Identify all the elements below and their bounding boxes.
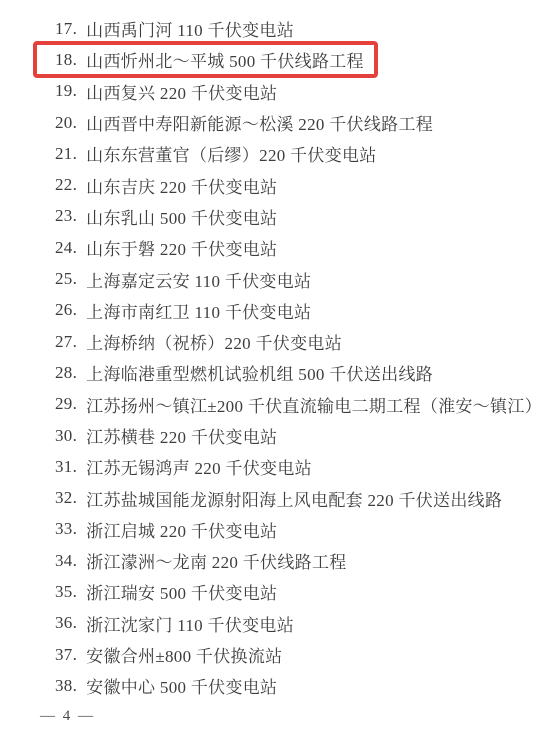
item-number: 26. bbox=[55, 300, 77, 320]
list-item-content: 34. 浙江濛洲～龙南 220 千伏线路工程 bbox=[55, 548, 347, 573]
list-item-content: 23. 山东乳山 500 千伏变电站 bbox=[55, 204, 277, 229]
item-text: 上海嘉定云安 110 千伏变电站 bbox=[86, 267, 311, 292]
list-item: 38. 安徽中心 500 千伏变电站 bbox=[55, 670, 550, 701]
item-text: 上海市南红卫 110 千伏变电站 bbox=[86, 298, 311, 323]
list-item-content: 32. 江苏盐城国能龙源射阳海上风电配套 220 千伏送出线路 bbox=[55, 486, 502, 511]
item-number: 27. bbox=[55, 332, 77, 352]
list-item: 21. 山东东营董官（后缪）220 千伏变电站 bbox=[55, 138, 550, 169]
item-text: 山东吉庆 220 千伏变电站 bbox=[86, 173, 277, 198]
item-text: 山西晋中寿阳新能源～松溪 220 千伏线路工程 bbox=[86, 110, 433, 135]
list-item: 29. 江苏扬州～镇江±200 千伏直流输电二期工程（淮安～镇江） bbox=[55, 389, 550, 420]
list-item: 33. 浙江启城 220 千伏变电站 bbox=[55, 514, 550, 545]
item-text: 浙江濛洲～龙南 220 千伏线路工程 bbox=[86, 548, 346, 573]
item-text: 安徽合州±800 千伏换流站 bbox=[86, 642, 282, 667]
list-item: 24. 山东于磐 220 千伏变电站 bbox=[55, 232, 550, 263]
item-number: 28. bbox=[55, 363, 77, 383]
list-item-content: 22. 山东吉庆 220 千伏变电站 bbox=[55, 173, 277, 198]
list-item: 34. 浙江濛洲～龙南 220 千伏线路工程 bbox=[55, 545, 550, 576]
list-item-content: 37. 安徽合州±800 千伏换流站 bbox=[55, 642, 282, 667]
list-item: 31. 江苏无锡鸿声 220 千伏变电站 bbox=[55, 451, 550, 482]
item-text: 江苏扬州～镇江±200 千伏直流输电二期工程（淮安～镇江） bbox=[86, 392, 542, 417]
list-item-highlighted: 18. 山西忻州北～平城 500 千伏线路工程 bbox=[55, 44, 550, 75]
item-number: 38. bbox=[55, 676, 77, 696]
item-text: 上海临港重型燃机试验机组 500 千伏送出线路 bbox=[86, 360, 433, 385]
item-number: 35. bbox=[55, 582, 77, 602]
page-number-footer: — 4 — bbox=[40, 708, 95, 725]
list-item: 25. 上海嘉定云安 110 千伏变电站 bbox=[55, 263, 550, 294]
list-item: 28. 上海临港重型燃机试验机组 500 千伏送出线路 bbox=[55, 357, 550, 388]
item-number: 37. bbox=[55, 645, 77, 665]
list-item-content: 30. 江苏横巷 220 千伏变电站 bbox=[55, 423, 277, 448]
item-number: 21. bbox=[55, 144, 77, 164]
item-text: 江苏横巷 220 千伏变电站 bbox=[86, 423, 277, 448]
list-item-content: 26. 上海市南红卫 110 千伏变电站 bbox=[55, 298, 311, 323]
list-item-content: 33. 浙江启城 220 千伏变电站 bbox=[55, 517, 277, 542]
list-item: 20. 山西晋中寿阳新能源～松溪 220 千伏线路工程 bbox=[55, 107, 550, 138]
item-number: 32. bbox=[55, 488, 77, 508]
list-item-content: 38. 安徽中心 500 千伏变电站 bbox=[55, 673, 277, 698]
list-item: 17. 山西禹门河 110 千伏变电站 bbox=[55, 13, 550, 44]
item-number: 18. bbox=[55, 50, 77, 70]
list-item-content: 17. 山西禹门河 110 千伏变电站 bbox=[55, 16, 294, 41]
red-highlight-box: 18. 山西忻州北～平城 500 千伏线路工程 bbox=[33, 41, 378, 78]
item-number: 31. bbox=[55, 457, 77, 477]
item-text: 浙江沈家门 110 千伏变电站 bbox=[86, 611, 294, 636]
list-item: 36. 浙江沈家门 110 千伏变电站 bbox=[55, 608, 550, 639]
item-number: 33. bbox=[55, 519, 77, 539]
item-number: 17. bbox=[55, 19, 77, 39]
list-item: 19. 山西复兴 220 千伏变电站 bbox=[55, 76, 550, 107]
list-item: 23. 山东乳山 500 千伏变电站 bbox=[55, 201, 550, 232]
item-number: 22. bbox=[55, 175, 77, 195]
item-text: 山西禹门河 110 千伏变电站 bbox=[86, 16, 294, 41]
list-item-content: 29. 江苏扬州～镇江±200 千伏直流输电二期工程（淮安～镇江） bbox=[55, 392, 542, 417]
item-text: 上海桥纳（祝桥）220 千伏变电站 bbox=[86, 329, 342, 354]
item-text: 浙江启城 220 千伏变电站 bbox=[86, 517, 277, 542]
list-item-content: 21. 山东东营董官（后缪）220 千伏变电站 bbox=[55, 141, 377, 166]
list-item-content: 19. 山西复兴 220 千伏变电站 bbox=[55, 79, 277, 104]
item-text: 江苏盐城国能龙源射阳海上风电配套 220 千伏送出线路 bbox=[86, 486, 502, 511]
item-text: 山东东营董官（后缪）220 千伏变电站 bbox=[86, 141, 376, 166]
item-text: 山东乳山 500 千伏变电站 bbox=[86, 204, 277, 229]
list-item: 32. 江苏盐城国能龙源射阳海上风电配套 220 千伏送出线路 bbox=[55, 482, 550, 513]
item-number: 23. bbox=[55, 206, 77, 226]
list-item: 26. 上海市南红卫 110 千伏变电站 bbox=[55, 295, 550, 326]
list-item: 27. 上海桥纳（祝桥）220 千伏变电站 bbox=[55, 326, 550, 357]
item-text: 浙江瑞安 500 千伏变电站 bbox=[86, 579, 277, 604]
list-item-content: 31. 江苏无锡鸿声 220 千伏变电站 bbox=[55, 454, 312, 479]
item-text: 山西复兴 220 千伏变电站 bbox=[86, 79, 277, 104]
item-number: 34. bbox=[55, 551, 77, 571]
list-item: 35. 浙江瑞安 500 千伏变电站 bbox=[55, 576, 550, 607]
list-item: 30. 江苏横巷 220 千伏变电站 bbox=[55, 420, 550, 451]
item-text: 安徽中心 500 千伏变电站 bbox=[86, 673, 277, 698]
item-number: 25. bbox=[55, 269, 77, 289]
list-item-content: 35. 浙江瑞安 500 千伏变电站 bbox=[55, 579, 277, 604]
project-list: 17. 山西禹门河 110 千伏变电站 18. 山西忻州北～平城 500 千伏线… bbox=[55, 13, 550, 702]
item-number: 29. bbox=[55, 394, 77, 414]
list-item-content: 24. 山东于磐 220 千伏变电站 bbox=[55, 235, 277, 260]
item-number: 30. bbox=[55, 426, 77, 446]
item-number: 19. bbox=[55, 81, 77, 101]
item-number: 24. bbox=[55, 238, 77, 258]
list-item: 37. 安徽合州±800 千伏换流站 bbox=[55, 639, 550, 670]
item-text: 江苏无锡鸿声 220 千伏变电站 bbox=[86, 454, 312, 479]
list-item-content: 28. 上海临港重型燃机试验机组 500 千伏送出线路 bbox=[55, 360, 433, 385]
item-number: 20. bbox=[55, 113, 77, 133]
list-item-content: 27. 上海桥纳（祝桥）220 千伏变电站 bbox=[55, 329, 342, 354]
item-text: 山西忻州北～平城 500 千伏线路工程 bbox=[86, 47, 364, 72]
list-item-content: 36. 浙江沈家门 110 千伏变电站 bbox=[55, 611, 294, 636]
list-item-content: 25. 上海嘉定云安 110 千伏变电站 bbox=[55, 267, 311, 292]
item-text: 山东于磐 220 千伏变电站 bbox=[86, 235, 277, 260]
document-page: 17. 山西禹门河 110 千伏变电站 18. 山西忻州北～平城 500 千伏线… bbox=[0, 0, 550, 734]
list-item-content: 20. 山西晋中寿阳新能源～松溪 220 千伏线路工程 bbox=[55, 110, 433, 135]
item-number: 36. bbox=[55, 613, 77, 633]
list-item: 22. 山东吉庆 220 千伏变电站 bbox=[55, 169, 550, 200]
